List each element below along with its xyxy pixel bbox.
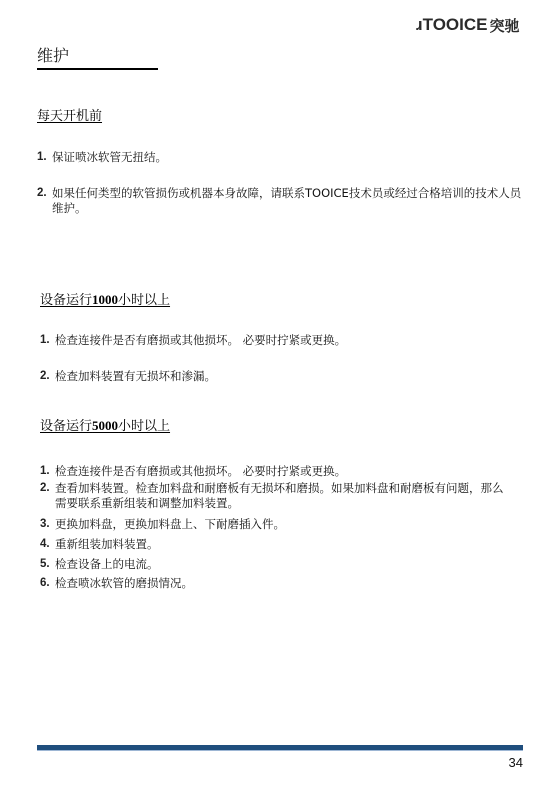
list-item: 4. 重新组装加料装置。 bbox=[40, 537, 530, 552]
item-number: 2. bbox=[37, 186, 52, 216]
section-heading-daily: 每天开机前 bbox=[37, 109, 102, 125]
item-text: 如果任何类型的软管损伤或机器本身故障，请联系TOOICE技术员或经过合格培训的技… bbox=[52, 186, 527, 216]
item-text: 保证喷冰软管无扭结。 bbox=[52, 150, 527, 165]
item-text: 检查连接件是否有磨损或其他损坏。 必要时拧紧或更换。 bbox=[55, 464, 530, 479]
item-text: 查看加料装置。检查加料盘和耐磨板有无损坏和磨损。如果加料盘和耐磨板有问题，那么需… bbox=[55, 481, 510, 511]
item-text: 检查喷冰软管的磨损情况。 bbox=[55, 576, 530, 591]
heading-text: 每天开机前 bbox=[37, 109, 102, 124]
heading-prefix: 设备运行 bbox=[40, 293, 92, 308]
section-heading-1000h: 设备运行1000小时以上 bbox=[40, 292, 170, 309]
footer-divider-bar bbox=[37, 745, 523, 751]
heading-number: 1000 bbox=[92, 292, 118, 307]
list-item: 1. 保证喷冰软管无扭结。 bbox=[37, 150, 527, 165]
brand-logo: ɹ TOOICE 突驰 bbox=[416, 13, 520, 37]
page-title-underline: 维护 bbox=[37, 46, 158, 70]
logo-mark-icon: ɹ bbox=[416, 15, 422, 35]
item-number: 6. bbox=[40, 576, 55, 591]
item-number: 1. bbox=[37, 150, 52, 165]
heading-suffix: 小时以上 bbox=[118, 419, 170, 434]
list-item: 3. 更换加料盘，更换加料盘上、下耐磨插入件。 bbox=[40, 517, 530, 532]
list-item: 1. 检查连接件是否有磨损或其他损坏。 必要时拧紧或更换。 bbox=[40, 333, 530, 348]
item-text: 重新组装加料装置。 bbox=[55, 537, 530, 552]
list-item: 6. 检查喷冰软管的磨损情况。 bbox=[40, 576, 530, 591]
item-number: 3. bbox=[40, 517, 55, 532]
logo-chinese-text: 突驰 bbox=[490, 15, 520, 36]
item-number: 1. bbox=[40, 333, 55, 348]
list-item: 5. 检查设备上的电流。 bbox=[40, 557, 530, 572]
item-text: 检查连接件是否有磨损或其他损坏。 必要时拧紧或更换。 bbox=[55, 333, 530, 348]
heading-number: 5000 bbox=[92, 418, 118, 433]
item-text: 更换加料盘，更换加料盘上、下耐磨插入件。 bbox=[55, 517, 530, 532]
list-item: 2. 查看加料装置。检查加料盘和耐磨板有无损坏和磨损。如果加料盘和耐磨板有问题，… bbox=[40, 481, 510, 511]
list-item: 1. 检查连接件是否有磨损或其他损坏。 必要时拧紧或更换。 bbox=[40, 464, 530, 479]
item-number: 4. bbox=[40, 537, 55, 552]
item-number: 1. bbox=[40, 464, 55, 479]
item-text: 检查加料装置有无损坏和渗漏。 bbox=[55, 369, 530, 384]
item-number: 2. bbox=[40, 369, 55, 384]
page-title: 维护 bbox=[37, 46, 69, 65]
heading-prefix: 设备运行 bbox=[40, 419, 92, 434]
list-item: 2. 如果任何类型的软管损伤或机器本身故障，请联系TOOICE技术员或经过合格培… bbox=[37, 186, 527, 216]
list-item: 2. 检查加料装置有无损坏和渗漏。 bbox=[40, 369, 530, 384]
logo-text: TOOICE bbox=[423, 15, 488, 35]
item-number: 5. bbox=[40, 557, 55, 572]
item-number: 2. bbox=[40, 481, 55, 511]
heading-suffix: 小时以上 bbox=[118, 293, 170, 308]
page-number: 34 bbox=[509, 755, 523, 770]
section-heading-5000h: 设备运行5000小时以上 bbox=[40, 418, 170, 435]
item-text: 检查设备上的电流。 bbox=[55, 557, 530, 572]
